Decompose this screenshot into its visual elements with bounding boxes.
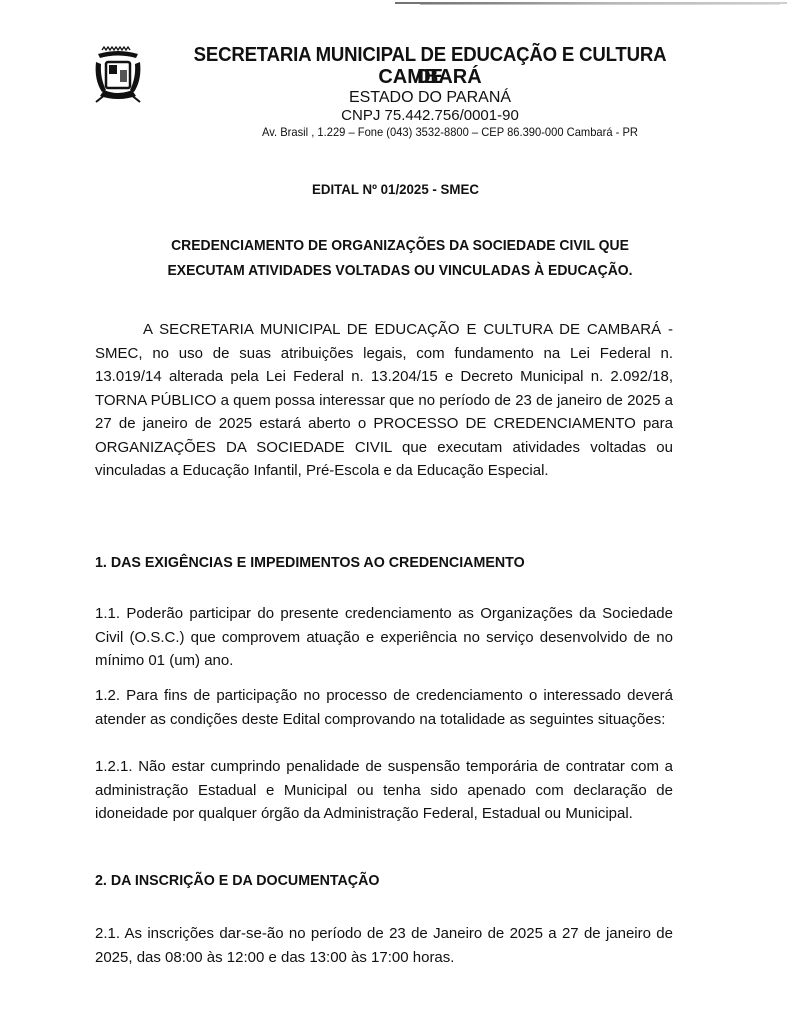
clause-text: 1.2. Para fins de participação no proces… xyxy=(95,684,673,731)
intro-text: A SECRETARIA MUNICIPAL DE EDUCAÇÃO E CUL… xyxy=(95,318,673,483)
section-heading: 2. DA INSCRIÇÃO E DA DOCUMENTAÇÃO xyxy=(95,872,379,889)
edital-number: EDITAL Nº 01/2025 - SMEC xyxy=(20,181,771,197)
document-subject: CREDENCIAMENTO DE ORGANIZAÇÕES DA SOCIED… xyxy=(121,233,679,283)
clause: 1.1. Poderão participar do presente cred… xyxy=(95,602,673,673)
intro-paragraph: A SECRETARIA MUNICIPAL DE EDUCAÇÃO E CUL… xyxy=(95,318,673,483)
clause: 1.2.1. Não estar cumprindo penalidade de… xyxy=(95,755,673,826)
subject-line: CREDENCIAMENTO DE ORGANIZAÇÕES DA SOCIED… xyxy=(121,233,679,258)
address: Av. Brasil , 1.229 – Fone (043) 3532-880… xyxy=(208,124,692,140)
institution-title-city: CAMBARÁ xyxy=(170,66,690,88)
subject-line: EXECUTAM ATIVIDADES VOLTADAS OU VINCULAD… xyxy=(121,258,679,283)
clause-text: 1.1. Poderão participar do presente cred… xyxy=(95,602,673,673)
section-heading: 1. DAS EXIGÊNCIAS E IMPEDIMENTOS AO CRED… xyxy=(95,554,525,571)
municipal-coat-of-arms-icon xyxy=(92,46,144,104)
clause-text: 2.1. As inscrições dar-se-ão no período … xyxy=(95,922,673,969)
scan-artifact xyxy=(420,4,780,5)
clause: 2.1. As inscrições dar-se-ão no período … xyxy=(95,922,673,969)
clause-text: 1.2.1. Não estar cumprindo penalidade de… xyxy=(95,755,673,826)
clause: 1.2. Para fins de participação no proces… xyxy=(95,684,673,731)
state-name: ESTADO DO PARANÁ xyxy=(170,88,690,108)
cnpj: CNPJ 75.442.756/0001-90 xyxy=(170,107,690,125)
